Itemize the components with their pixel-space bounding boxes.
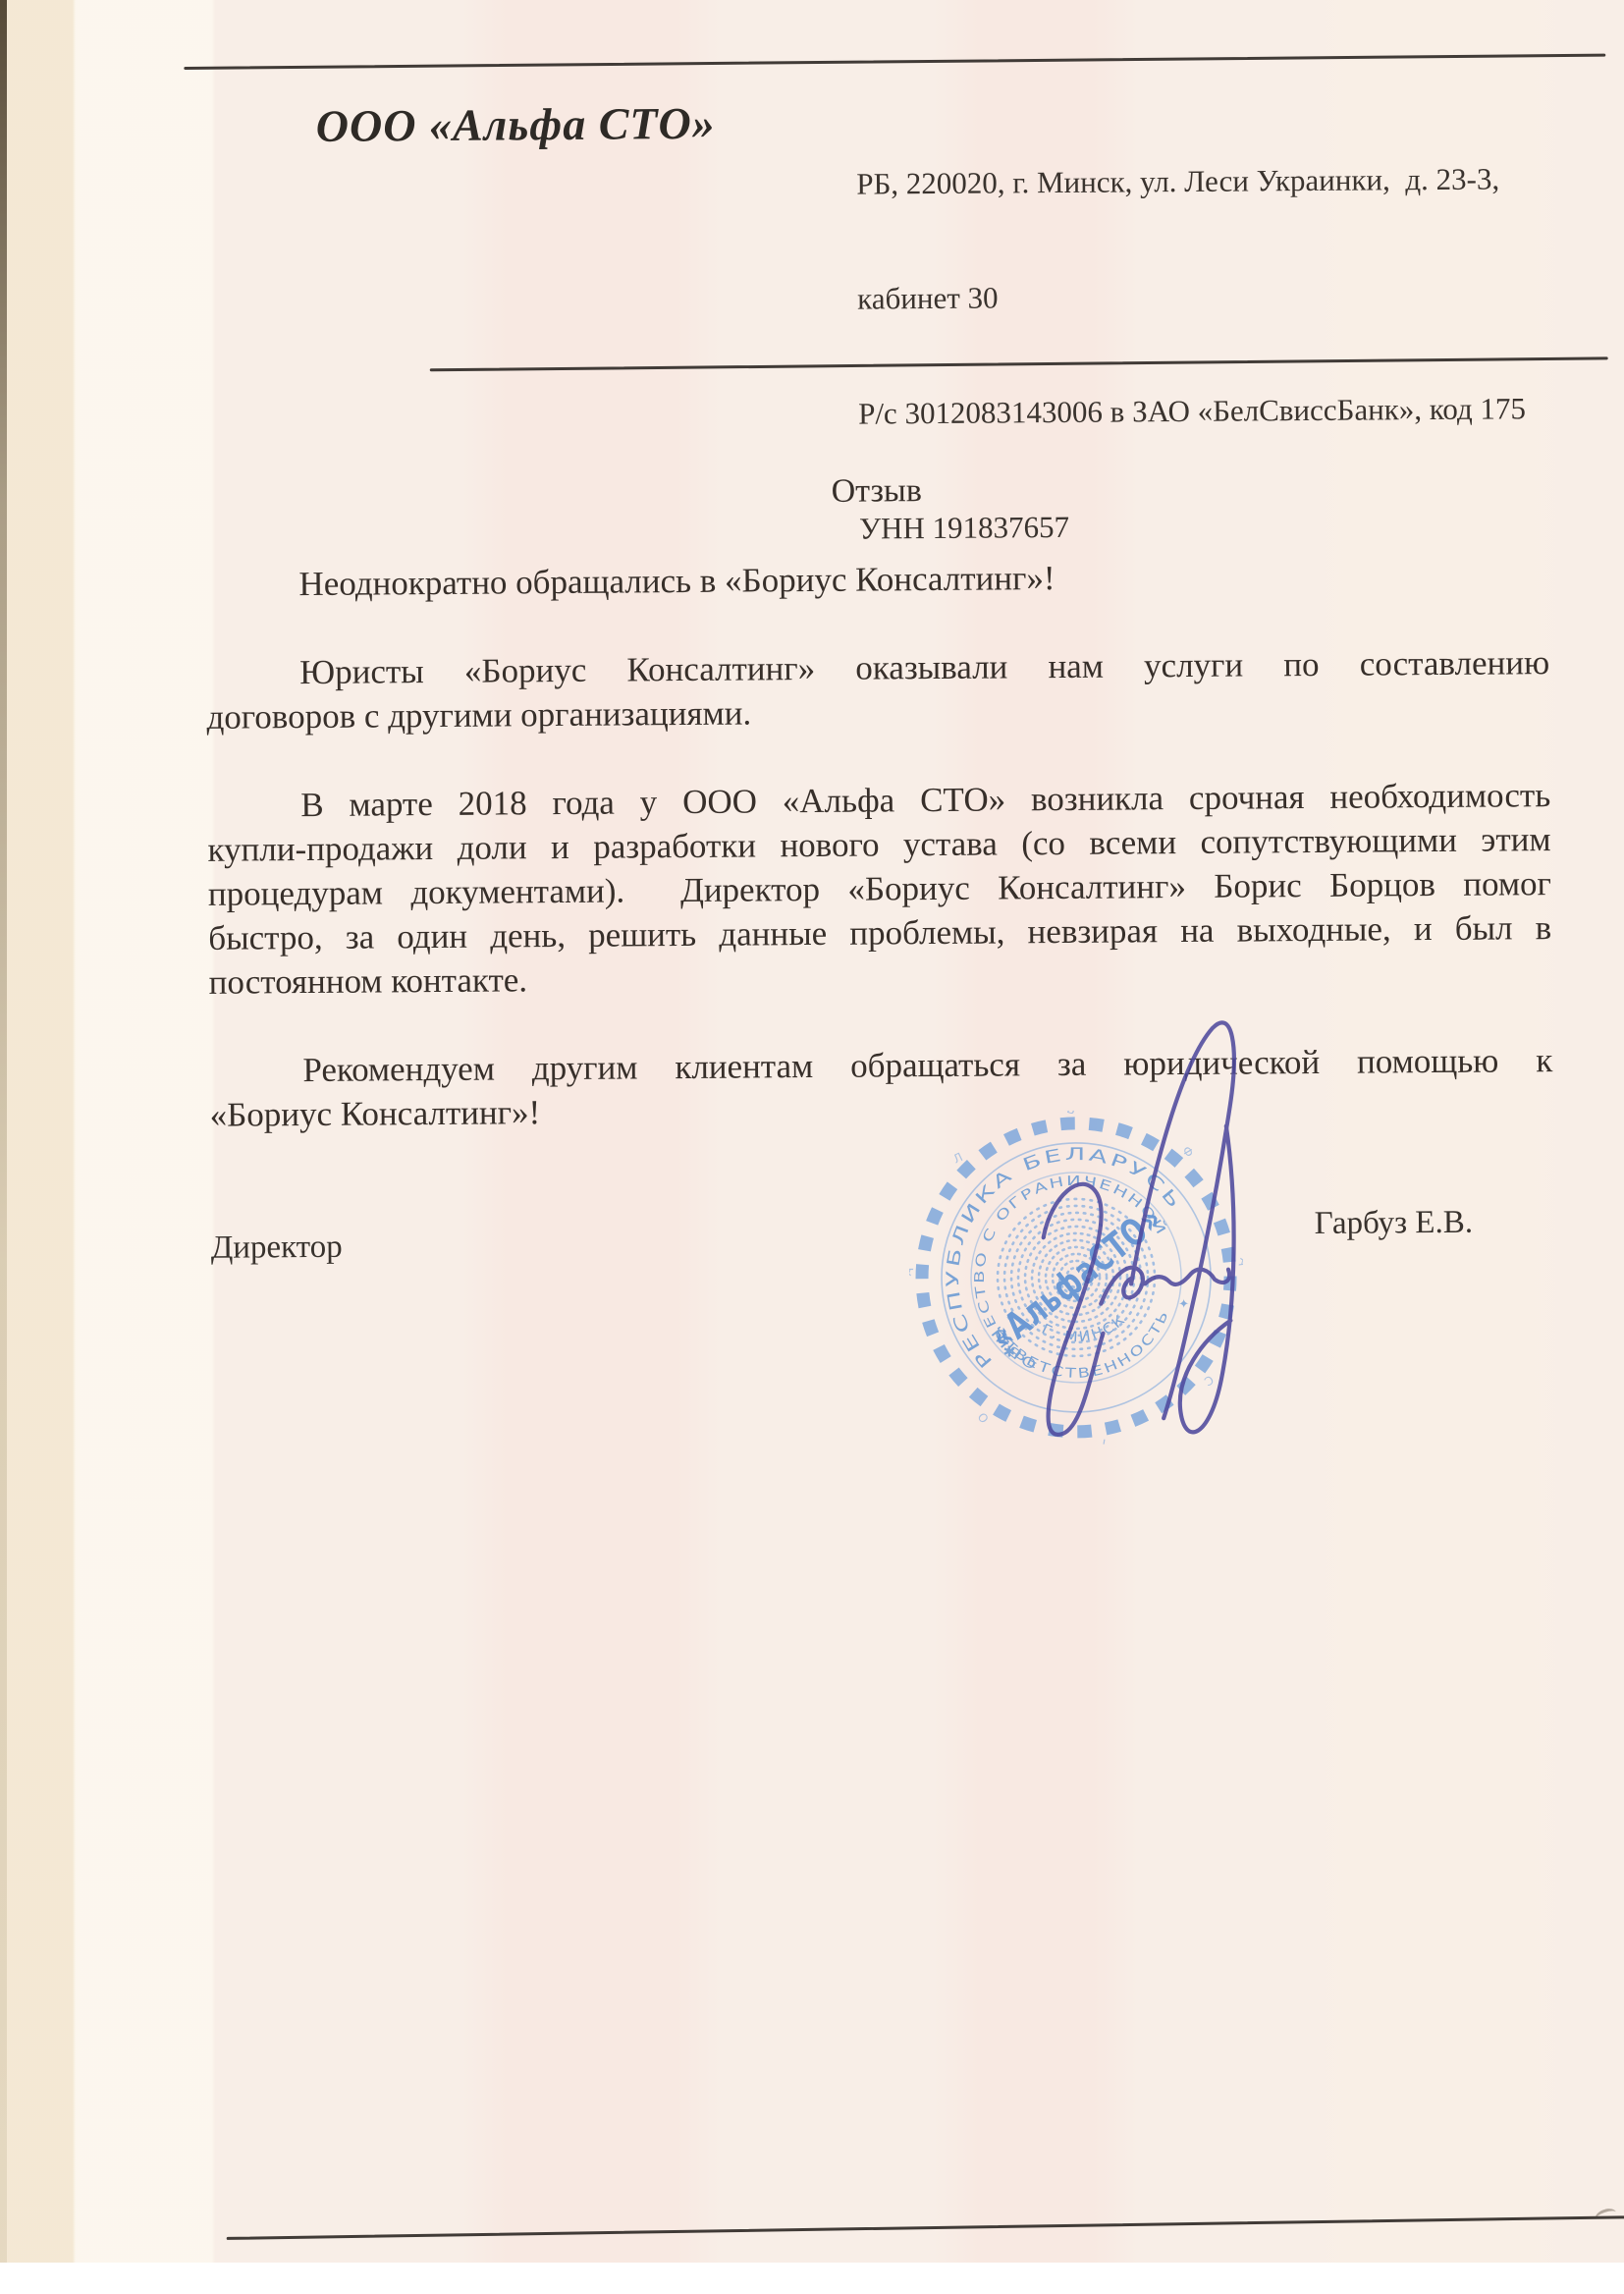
scanned-letter-page: ООО «Альфа СТО» РБ, 220020, г. Минск, ул…	[0, 0, 1624, 2294]
company-name: ООО «Альфа СТО»	[316, 97, 716, 152]
address-line: кабинет 30	[857, 274, 1584, 318]
paragraph-line: Неоднократно обращались в «Бориус Консал…	[205, 552, 1548, 607]
signature-stroke	[1129, 1022, 1237, 1418]
paragraph: Юристы «Бориус Консалтинг» оказывали нам…	[206, 640, 1550, 739]
address-line: РБ, 220020, г. Минск, ул. Леси Украинки,…	[856, 159, 1583, 203]
paragraph-line: постоянном контакте.	[208, 950, 1551, 1005]
director-signature	[1020, 998, 1270, 1471]
signature-stroke	[1145, 1269, 1229, 1284]
paragraph: В марте 2018 года у ООО «Альфа СТО» возн…	[207, 773, 1552, 1005]
scan-bottom-strip	[0, 2263, 1624, 2294]
top-rule	[184, 54, 1605, 70]
paragraph: Рекомендуем другим клиентам обращаться з…	[209, 1038, 1553, 1137]
signature-stroke	[1101, 1268, 1143, 1304]
signoff-name: Гарбуз Е.В.	[1314, 1205, 1473, 1242]
signature-stroke	[1043, 1184, 1104, 1435]
address-line: Р/с 3012083143006 в ЗАО «БелСвиссБанк», …	[858, 389, 1585, 433]
letter-title: Отзыв	[205, 464, 1548, 519]
bottom-rule	[227, 2215, 1624, 2240]
paragraph-line: «Бориус Консалтинг»!	[210, 1082, 1553, 1137]
paragraph-line: договоров с другими организациями.	[206, 684, 1549, 739]
signoff-role: Директор	[211, 1229, 343, 1267]
paragraph: Неоднократно обращались в «Бориус Консал…	[205, 552, 1548, 607]
letter-content: ООО «Альфа СТО» РБ, 220020, г. Минск, ул…	[0, 0, 1624, 2294]
letter-body: Отзыв Неоднократно обращались в «Бориус …	[205, 464, 1554, 1181]
